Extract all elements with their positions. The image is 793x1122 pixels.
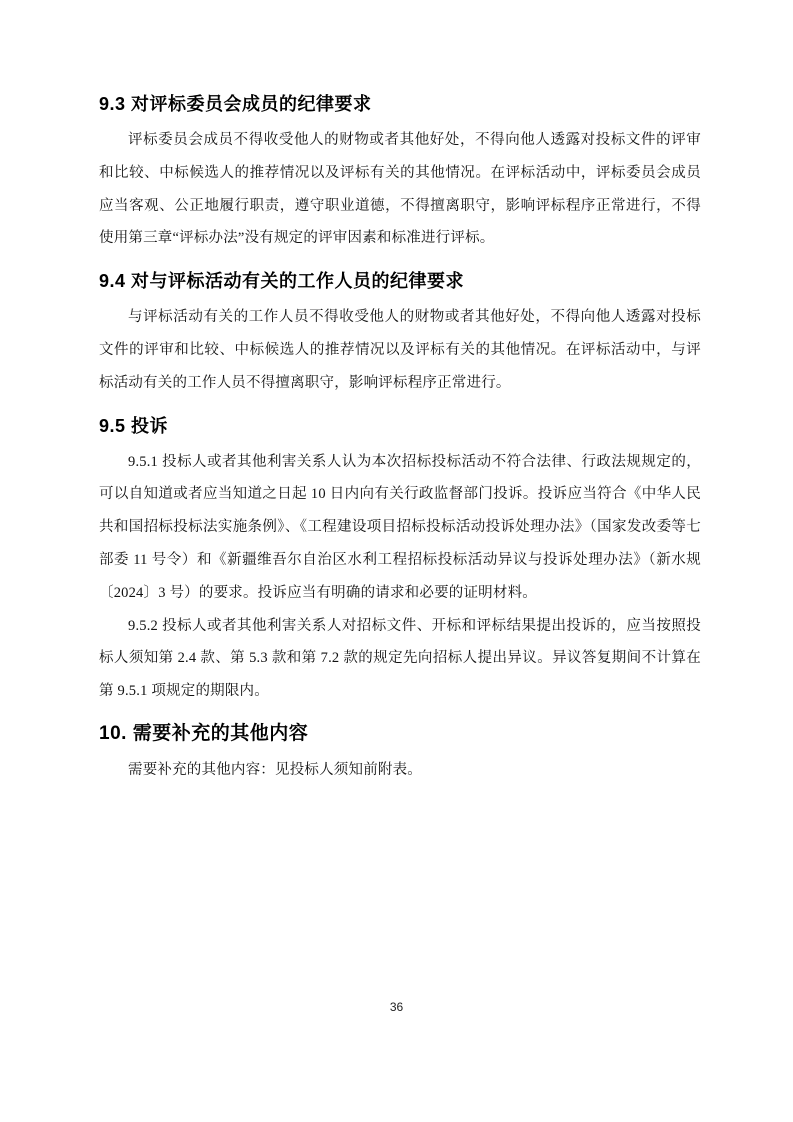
- section-10-heading: 10. 需要补充的其他内容: [99, 708, 701, 746]
- section-10-paragraph: 需要补充的其他内容：见投标人须知前附表。: [99, 754, 701, 787]
- page-number: 36: [0, 1000, 793, 1014]
- section-9-4-heading: 9.4 对与评标活动有关的工作人员的纪律要求: [99, 255, 701, 293]
- section-9-3-heading: 9.3 对评标委员会成员的纪律要求: [99, 92, 701, 116]
- section-9-3-paragraph: 评标委员会成员不得收受他人的财物或者其他好处，不得向他人透露对投标文件的评审和比…: [99, 124, 701, 255]
- section-9-5-heading: 9.5 投诉: [99, 400, 701, 438]
- section-9-5-1-paragraph: 9.5.1 投标人或者其他利害关系人认为本次招标投标活动不符合法律、行政法规规定…: [99, 446, 701, 610]
- page-content: 9.3 对评标委员会成员的纪律要求 评标委员会成员不得收受他人的财物或者其他好处…: [99, 92, 701, 787]
- section-9-5-2-paragraph: 9.5.2 投标人或者其他利害关系人对招标文件、开标和评标结果提出投诉的，应当按…: [99, 610, 701, 708]
- document-page: 9.3 对评标委员会成员的纪律要求 评标委员会成员不得收受他人的财物或者其他好处…: [0, 0, 793, 1122]
- section-9-4-paragraph: 与评标活动有关的工作人员不得收受他人的财物或者其他好处，不得向他人透露对投标文件…: [99, 301, 701, 399]
